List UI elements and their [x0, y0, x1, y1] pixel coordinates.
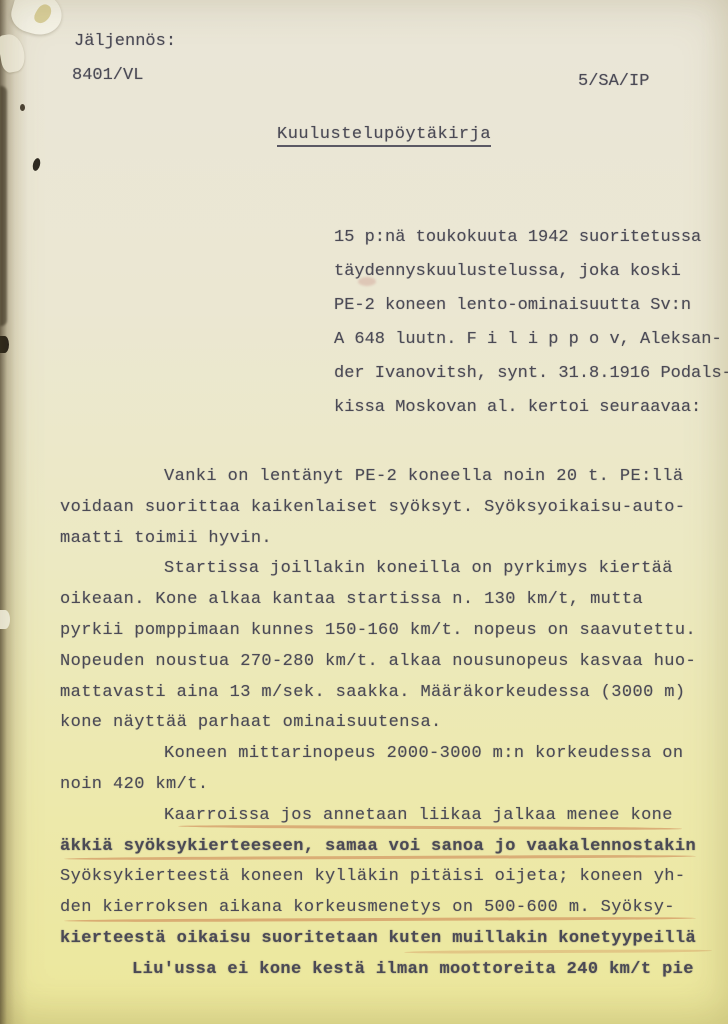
typed-line: 15 p:nä toukokuuta 1942 suoritetussa — [334, 221, 726, 255]
ink-speck — [32, 157, 42, 171]
typed-line: PE-2 koneen lento-ominaisuutta Sv:n — [334, 289, 726, 323]
typed-line: den kierroksen aikana korkeusmenetys on … — [60, 893, 722, 924]
typed-line: mattavasti aina 13 m/sek. saakka. Määräk… — [60, 678, 722, 709]
typed-line: pyrkii pomppimaan kunnes 150-160 km/t. n… — [60, 616, 722, 647]
typed-line: maatti toimii hyvin. — [60, 524, 722, 555]
edge-dark-speck — [0, 336, 9, 353]
typed-line: voidaan suorittaa kaikenlaiset syöksyt. … — [60, 493, 722, 524]
reference-number: 8401/VL — [72, 66, 143, 85]
scanned-document-page: Jäljennös: 8401/VL 5/SA/IP Kuulustelupöy… — [0, 0, 728, 1024]
copy-label: Jäljennös: — [74, 32, 176, 51]
paper-chip — [0, 610, 10, 629]
typed-line: Vanki on lentänyt PE-2 koneella noin 20 … — [60, 462, 722, 493]
typed-line: kone näyttää parhaat ominaisuutensa. — [60, 708, 722, 739]
page-left-edge-shadow — [0, 0, 28, 1024]
archive-code: 5/SA/IP — [578, 72, 649, 91]
typed-line: kissa Moskovan al. kertoi seuraavaa: — [334, 391, 726, 425]
typed-line: äkkiä syöksykierteeseen, samaa voi sanoa… — [60, 832, 722, 863]
typed-line: noin 420 km/t. — [60, 770, 722, 801]
body-text: Vanki on lentänyt PE-2 koneella noin 20 … — [60, 462, 722, 986]
torn-paper-fragment — [0, 32, 27, 74]
typed-line: oikeaan. Kone alkaa kantaa startissa n. … — [60, 585, 722, 616]
typed-line: Koneen mittarinopeus 2000-3000 m:n korke… — [60, 739, 722, 770]
typed-line: täydennyskuulustelussa, joka koski — [334, 255, 726, 289]
typed-line: Startissa joillakin koneilla on pyrkimys… — [60, 554, 722, 585]
typed-line: Nopeuden noustua 270-280 km/t. alkaa nou… — [60, 647, 722, 678]
ink-speck — [20, 104, 25, 111]
typed-line: A 648 luutn. F i l i p p o v, Aleksan- — [334, 323, 726, 357]
typed-line: Kaarroissa jos annetaan liikaa jalkaa me… — [60, 801, 722, 832]
typed-line: kierteestä oikaisu suoritetaan kuten mui… — [60, 924, 722, 955]
typed-line: Liu'ussa ei kone kestä ilman moottoreita… — [60, 955, 722, 986]
intro-paragraph: 15 p:nä toukokuuta 1942 suoritetussa täy… — [334, 221, 726, 425]
typed-line: der Ivanovitsh, synt. 31.8.1916 Podals- — [334, 357, 726, 391]
document-title: Kuulustelupöytäkirja — [277, 125, 491, 147]
page-left-edge-dark-patch — [0, 86, 7, 326]
typed-line: Syöksykierteestä koneen kylläkin pitäisi… — [60, 862, 722, 893]
